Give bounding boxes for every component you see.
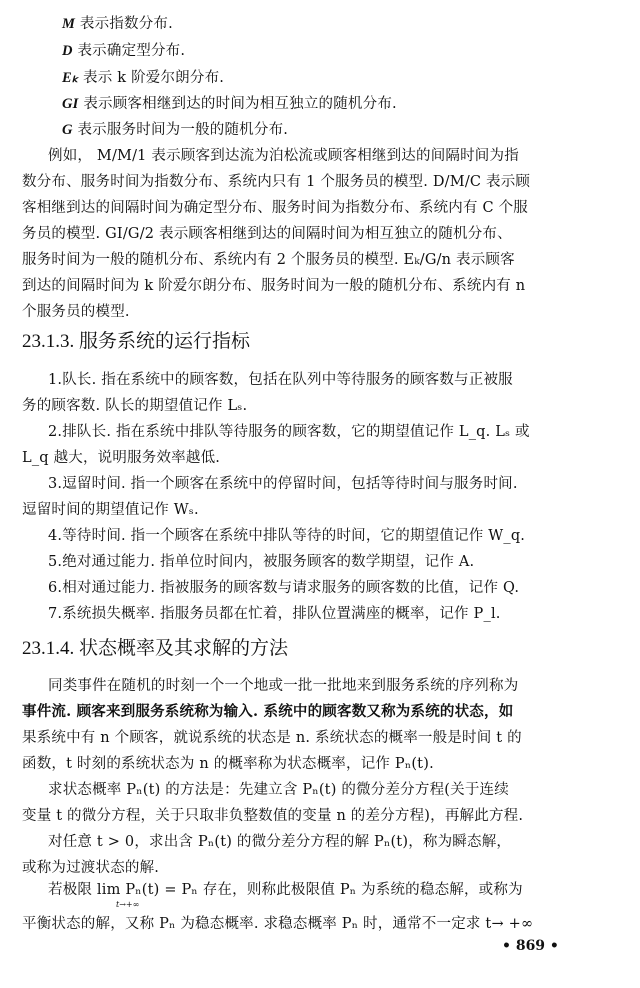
text-line: 服务时间为一般的随机分布、系统内有 2 个服务员的模型. Eₖ/G/n 表示顾客	[22, 250, 515, 270]
text-line: 到达的间隔时间为 k 阶爱尔朗分布、服务时间为一般的随机分布、系统内有 n	[22, 276, 525, 296]
list-item-line: 2.排队长. 指在系统中排队等待服务的顾客数，它的期望值记作 L_q. Lₛ 或	[48, 422, 530, 442]
definition-line: D 表示确定型分布.	[62, 41, 185, 61]
symbol: D	[62, 43, 73, 59]
text-line: 例如， M/M/1 表示顾客到达流为泊松流或顾客相继到达的间隔时间为指	[48, 146, 519, 166]
text-line: 平衡状态的解，又称 Pₙ 为稳态概率. 求稳态概率 Pₙ 时，通常不一定求 t→…	[22, 914, 533, 934]
page-number: • 869 •	[502, 938, 559, 954]
section-heading: 23.1.3. 服务系统的运行指标	[22, 330, 250, 354]
list-item-line: 3.逗留时间. 指一个顾客在系统中的停留时间，包括等待时间与服务时间.	[48, 474, 518, 494]
section-heading: 23.1.4. 状态概率及其求解的方法	[22, 637, 288, 661]
symbol: GI	[62, 96, 79, 112]
text-line: 果系统中有 n 个顾客，就说系统的状态是 n. 系统状态的概率一般是时间 t 的	[22, 728, 522, 748]
text-line: 同类事件在随机的时刻一个一个地或一批一批地来到服务系统的序列称为	[48, 676, 518, 696]
text-line: 事件流. 顾客来到服务系统称为输入. 系统中的顾客数又称为系统的状态，如	[22, 702, 513, 722]
text-line: 若极限 lim Pₙ(t) = Pₙ 存在，则称此极限值 Pₙ 为系统的稳态解，…	[48, 880, 523, 900]
text-line: 数分布、服务时间为指数分布、系统内只有 1 个服务员的模型. D/M/C 表示顾	[22, 172, 530, 192]
limit-subscript: t→+∞	[116, 900, 139, 909]
list-item-line: L_q 越大，说明服务效率越低.	[22, 448, 220, 468]
list-item-line: 1.队长. 指在系统中的顾客数，包括在队列中等待服务的顾客数与正被服	[48, 370, 513, 390]
text-line: 客相继到达的间隔时间为确定型分布、服务时间为指数分布、系统内有 C 个服	[22, 198, 528, 218]
text-line: 或称为过渡状态的解.	[22, 858, 159, 878]
document-page: M 表示指数分布. D 表示确定型分布. Eₖ 表示 k 阶爱尔朗分布. GI …	[0, 0, 640, 988]
list-item-line: 7.系统损失概率. 指服务员都在忙着，排队位置满座的概率，记作 P_l.	[48, 604, 501, 624]
list-item-line: 逗留时间的期望值记作 Wₛ.	[22, 500, 199, 520]
text-line: 务员的模型. GI/G/2 表示顾客相继到达的间隔时间为相互独立的随机分布、	[22, 224, 512, 244]
symbol: Eₖ	[62, 70, 78, 86]
list-item-line: 5.绝对通过能力. 指单位时间内，被服务顾客的数学期望，记作 A.	[48, 552, 474, 572]
definition-line: G 表示服务时间为一般的随机分布.	[62, 120, 288, 140]
text-line: 求状态概率 Pₙ(t) 的方法是：先建立含 Pₙ(t) 的微分差分方程(关于连续	[48, 780, 509, 800]
definition-line: Eₖ 表示 k 阶爱尔朗分布.	[62, 68, 224, 88]
list-item-line: 6.相对通过能力. 指被服务的顾客数与请求服务的顾客数的比值，记作 Q.	[48, 578, 519, 598]
text-line: 个服务员的模型.	[22, 302, 130, 322]
symbol: G	[62, 122, 73, 138]
list-item-line: 4.等待时间. 指一个顾客在系统中排队等待的时间，它的期望值记作 W_q.	[48, 526, 525, 546]
text-line: 变量 t 的微分方程，关于只取非负整数值的变量 n 的差分方程)，再解此方程.	[22, 806, 523, 826]
list-item-line: 务的顾客数. 队长的期望值记作 Lₛ.	[22, 396, 247, 416]
definition-line: M 表示指数分布.	[62, 14, 173, 34]
text-line: 对任意 t > 0，求出含 Pₙ(t) 的微分差分方程的解 Pₙ(t)，称为瞬态…	[48, 832, 511, 852]
definition-line: GI 表示顾客相继到达的时间为相互独立的随机分布.	[62, 94, 397, 114]
text-line: 函数，t 时刻的系统状态为 n 的概率称为状态概率，记作 Pₙ(t).	[22, 754, 434, 774]
symbol: M	[62, 16, 75, 32]
